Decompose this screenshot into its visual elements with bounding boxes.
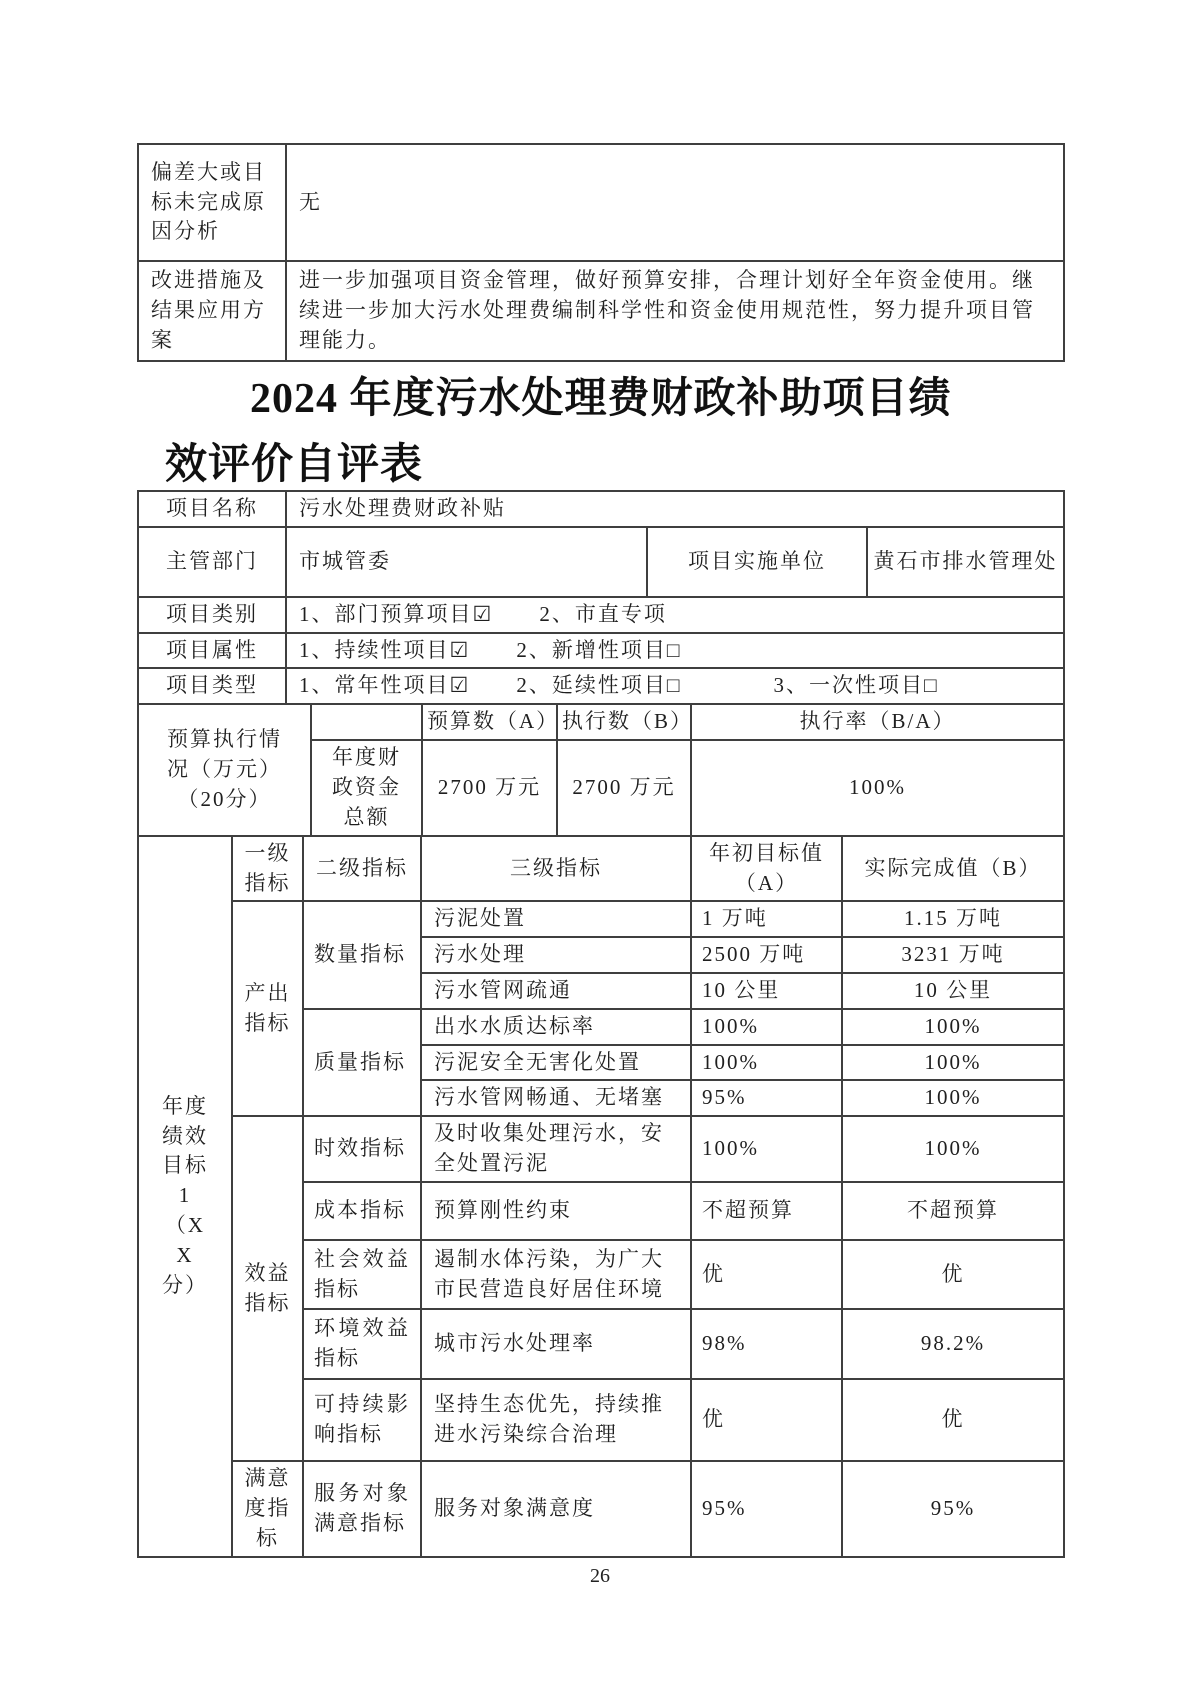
exec-value: 2700 万元 xyxy=(557,740,691,835)
indicator-l3-cell: 服务对象满意度 xyxy=(421,1461,691,1556)
indicator-l3-cell: 污水管网畅通、无堵塞 xyxy=(421,1080,691,1116)
indicator-l3-cell: 污泥处置 xyxy=(421,901,691,937)
l1-satisfaction-cell: 满意度指标 xyxy=(232,1461,303,1556)
indicator-l3-cell: 污水管网疏通 xyxy=(421,973,691,1009)
header-l1: 一级指标 xyxy=(232,836,303,902)
l2-quantity-cell: 数量指标 xyxy=(303,901,421,1008)
indicator-target-cell: 95% xyxy=(691,1080,842,1116)
indicator-target-cell: 优 xyxy=(691,1379,842,1461)
dept-label: 主管部门 xyxy=(138,527,286,597)
indicator-actual-cell: 100% xyxy=(842,1009,1064,1045)
indicator-actual-cell: 1.15 万吨 xyxy=(842,901,1064,937)
indicator-target-cell: 2500 万吨 xyxy=(691,937,842,973)
indicator-actual-cell: 优 xyxy=(842,1240,1064,1310)
header-actual: 实际完成值（B） xyxy=(842,836,1064,902)
l2-service-satisfaction-cell: 服务对象满意指标 xyxy=(303,1461,421,1556)
indicator-target-cell: 100% xyxy=(691,1045,842,1081)
annual-goal-label: 年度绩效目标1（XX分） xyxy=(138,836,232,1557)
type-label: 项目类型 xyxy=(138,668,286,704)
indicator-l3-cell: 污水处理 xyxy=(421,937,691,973)
header-target: 年初目标值（A） xyxy=(691,836,842,902)
indicator-l3-cell: 预算刚性约束 xyxy=(421,1182,691,1240)
rate-value: 100% xyxy=(691,740,1064,835)
budget-blank-cell xyxy=(311,704,422,740)
type-value: 1、常年性项目☑ 2、延续性项目□ 3、一次性项目□ xyxy=(286,668,1064,704)
page-number: 26 xyxy=(0,1565,1200,1588)
deviation-label-cell: 偏差大或目标未完成原因分析 xyxy=(138,144,286,261)
indicator-l3-cell: 及时收集处理污水，安全处置污泥 xyxy=(421,1116,691,1182)
indicator-target-cell: 不超预算 xyxy=(691,1182,842,1240)
indicator-actual-cell: 优 xyxy=(842,1379,1064,1461)
improvement-label-cell: 改进措施及结果应用方案 xyxy=(138,261,286,361)
impl-unit-label: 项目实施单位 xyxy=(647,527,867,597)
category-value: 1、部门预算项目☑ 2、市直专项 xyxy=(286,597,1064,633)
l2-timeliness-cell: 时效指标 xyxy=(303,1116,421,1182)
budget-value: 2700 万元 xyxy=(422,740,557,835)
annual-fund-label: 年度财政资金总额 xyxy=(311,740,422,835)
header-l2: 二级指标 xyxy=(303,836,421,902)
improvement-content-cell: 进一步加强项目资金管理，做好预算安排，合理计划好全年资金使用。继续进一步加大污水… xyxy=(286,261,1064,361)
dept-value: 市城管委 xyxy=(286,527,647,597)
indicator-target-cell: 优 xyxy=(691,1240,842,1310)
document-page: 偏差大或目标未完成原因分析 无 改进措施及结果应用方案 进一步加强项目资金管理，… xyxy=(0,0,1200,1697)
budget-table: 预算执行情况（万元）（20分） 预算数（A） 执行数（B） 执行率（B/A） 年… xyxy=(137,703,1065,836)
indicator-target-cell: 95% xyxy=(691,1461,842,1556)
indicator-l3-cell: 坚持生态优先，持续推进水污染综合治理 xyxy=(421,1379,691,1461)
category-label: 项目类别 xyxy=(138,597,286,633)
exec-col-header: 执行数（B） xyxy=(557,704,691,740)
indicator-target-cell: 1 万吨 xyxy=(691,901,842,937)
budget-col-header: 预算数（A） xyxy=(422,704,557,740)
rate-col-header: 执行率（B/A） xyxy=(691,704,1064,740)
indicator-target-cell: 100% xyxy=(691,1116,842,1182)
attribute-value: 1、持续性项目☑ 2、新增性项目□ xyxy=(286,633,1064,669)
indicator-actual-cell: 100% xyxy=(842,1080,1064,1116)
attribute-label: 项目属性 xyxy=(138,633,286,669)
indicator-actual-cell: 98.2% xyxy=(842,1309,1064,1379)
indicators-table: 年度绩效目标1（XX分） 一级指标 二级指标 三级指标 年初目标值（A） 实际完… xyxy=(137,835,1065,1558)
l2-quality-cell: 质量指标 xyxy=(303,1009,421,1116)
indicator-actual-cell: 100% xyxy=(842,1116,1064,1182)
indicator-target-cell: 98% xyxy=(691,1309,842,1379)
l2-sustainable-cell: 可持续影响指标 xyxy=(303,1379,421,1461)
budget-section-label: 预算执行情况（万元）（20分） xyxy=(138,704,311,835)
l1-benefit-cell: 效益指标 xyxy=(232,1116,303,1461)
indicator-l3-cell: 污泥安全无害化处置 xyxy=(421,1045,691,1081)
deviation-table: 偏差大或目标未完成原因分析 无 改进措施及结果应用方案 进一步加强项目资金管理，… xyxy=(137,143,1065,362)
indicator-actual-cell: 不超预算 xyxy=(842,1182,1064,1240)
indicator-actual-cell: 3231 万吨 xyxy=(842,937,1064,973)
indicator-actual-cell: 10 公里 xyxy=(842,973,1064,1009)
indicator-target-cell: 10 公里 xyxy=(691,973,842,1009)
header-l3: 三级指标 xyxy=(421,836,691,902)
project-info-table: 项目名称 污水处理费财政补贴 主管部门 市城管委 项目实施单位 黄石市排水管理处… xyxy=(137,490,1065,705)
deviation-content-cell: 无 xyxy=(286,144,1064,261)
indicator-actual-cell: 100% xyxy=(842,1045,1064,1081)
project-name-label: 项目名称 xyxy=(138,491,286,527)
impl-unit-value: 黄石市排水管理处 xyxy=(867,527,1064,597)
l1-output-cell: 产出指标 xyxy=(232,901,303,1116)
l2-social-benefit-cell: 社会效益指标 xyxy=(303,1240,421,1310)
indicator-l3-cell: 城市污水处理率 xyxy=(421,1309,691,1379)
indicator-l3-cell: 出水水质达标率 xyxy=(421,1009,691,1045)
self-evaluation-form: 项目名称 污水处理费财政补贴 主管部门 市城管委 项目实施单位 黄石市排水管理处… xyxy=(137,490,1063,1558)
indicator-l3-cell: 遏制水体污染，为广大市民营造良好居住环境 xyxy=(421,1240,691,1310)
l2-env-benefit-cell: 环境效益指标 xyxy=(303,1309,421,1379)
indicator-actual-cell: 95% xyxy=(842,1461,1064,1556)
project-name-value: 污水处理费财政补贴 xyxy=(286,491,1064,527)
indicator-target-cell: 100% xyxy=(691,1009,842,1045)
l2-cost-cell: 成本指标 xyxy=(303,1182,421,1240)
doc-title: 2024 年度污水处理费财政补助项目绩效评价自评表 xyxy=(165,366,985,499)
